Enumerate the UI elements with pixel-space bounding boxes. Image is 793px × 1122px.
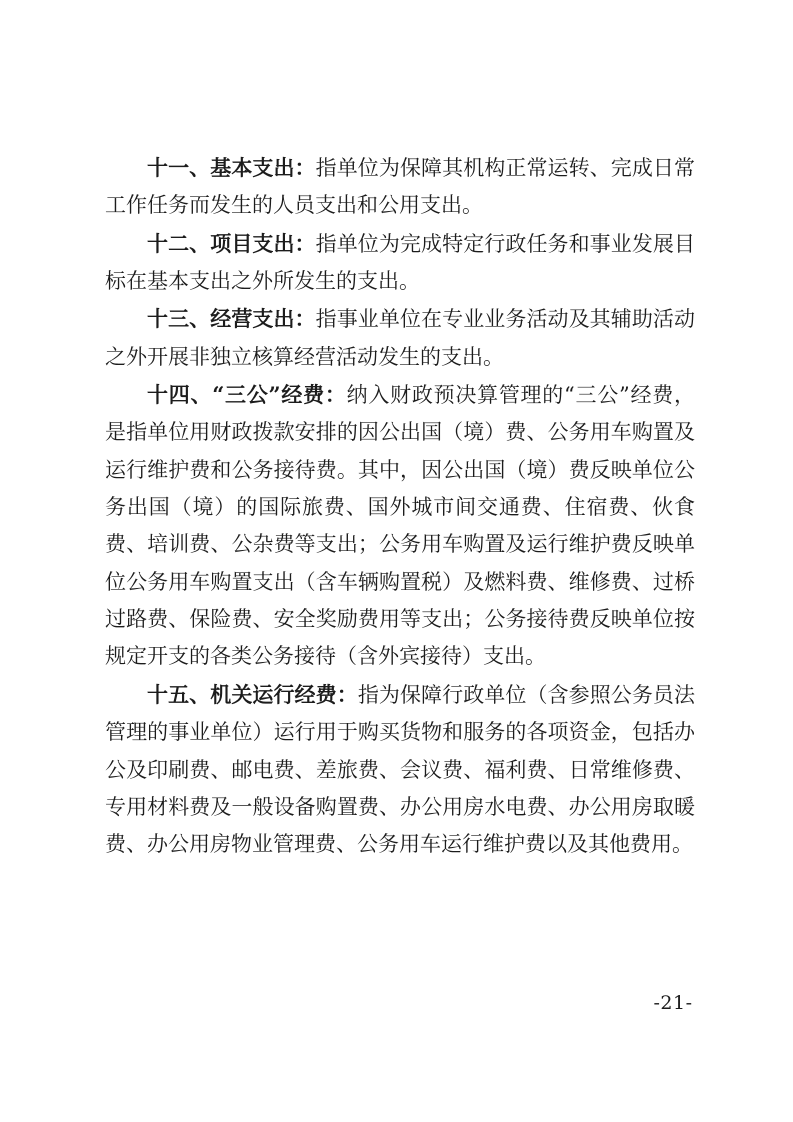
- term-definition: 纳入财政预决算管理的“三公”经费，是指单位用财政拨款安排的因公出国（境）费、公务…: [105, 383, 695, 668]
- paragraph-agency-operating-funds: 十五、机关运行经费：指为保障行政单位（含参照公务员法管理的事业单位）运行用于购买…: [105, 676, 695, 864]
- term-label: 十五、机关运行经费：: [147, 682, 358, 707]
- term-definition: 指为保障行政单位（含参照公务员法管理的事业单位）运行用于购买货物和服务的各项资金…: [105, 683, 695, 856]
- term-label: 十一、基本支出：: [147, 155, 316, 180]
- paragraph-project-expenditure: 十二、项目支出：指单位为完成特定行政任务和事业发展目标在基本支出之外所发生的支出…: [105, 225, 695, 301]
- paragraph-basic-expenditure: 十一、基本支出：指单位为保障其机构正常运转、完成日常工作任务而发生的人员支出和公…: [105, 149, 695, 225]
- document-page: 十一、基本支出：指单位为保障其机构正常运转、完成日常工作任务而发生的人员支出和公…: [0, 0, 793, 1122]
- paragraph-three-public-funds: 十四、“三公”经费：纳入财政预决算管理的“三公”经费，是指单位用财政拨款安排的因…: [105, 376, 695, 676]
- term-label: 十三、经营支出：: [147, 306, 316, 331]
- document-body: 十一、基本支出：指单位为保障其机构正常运转、完成日常工作任务而发生的人员支出和公…: [105, 149, 695, 864]
- paragraph-operating-expenditure: 十三、经营支出：指事业单位在专业业务活动及其辅助活动之外开展非独立核算经营活动发…: [105, 300, 695, 376]
- term-label: 十四、“三公”经费：: [147, 382, 347, 407]
- term-label: 十二、项目支出：: [147, 231, 316, 256]
- page-number: -21-: [650, 992, 696, 1014]
